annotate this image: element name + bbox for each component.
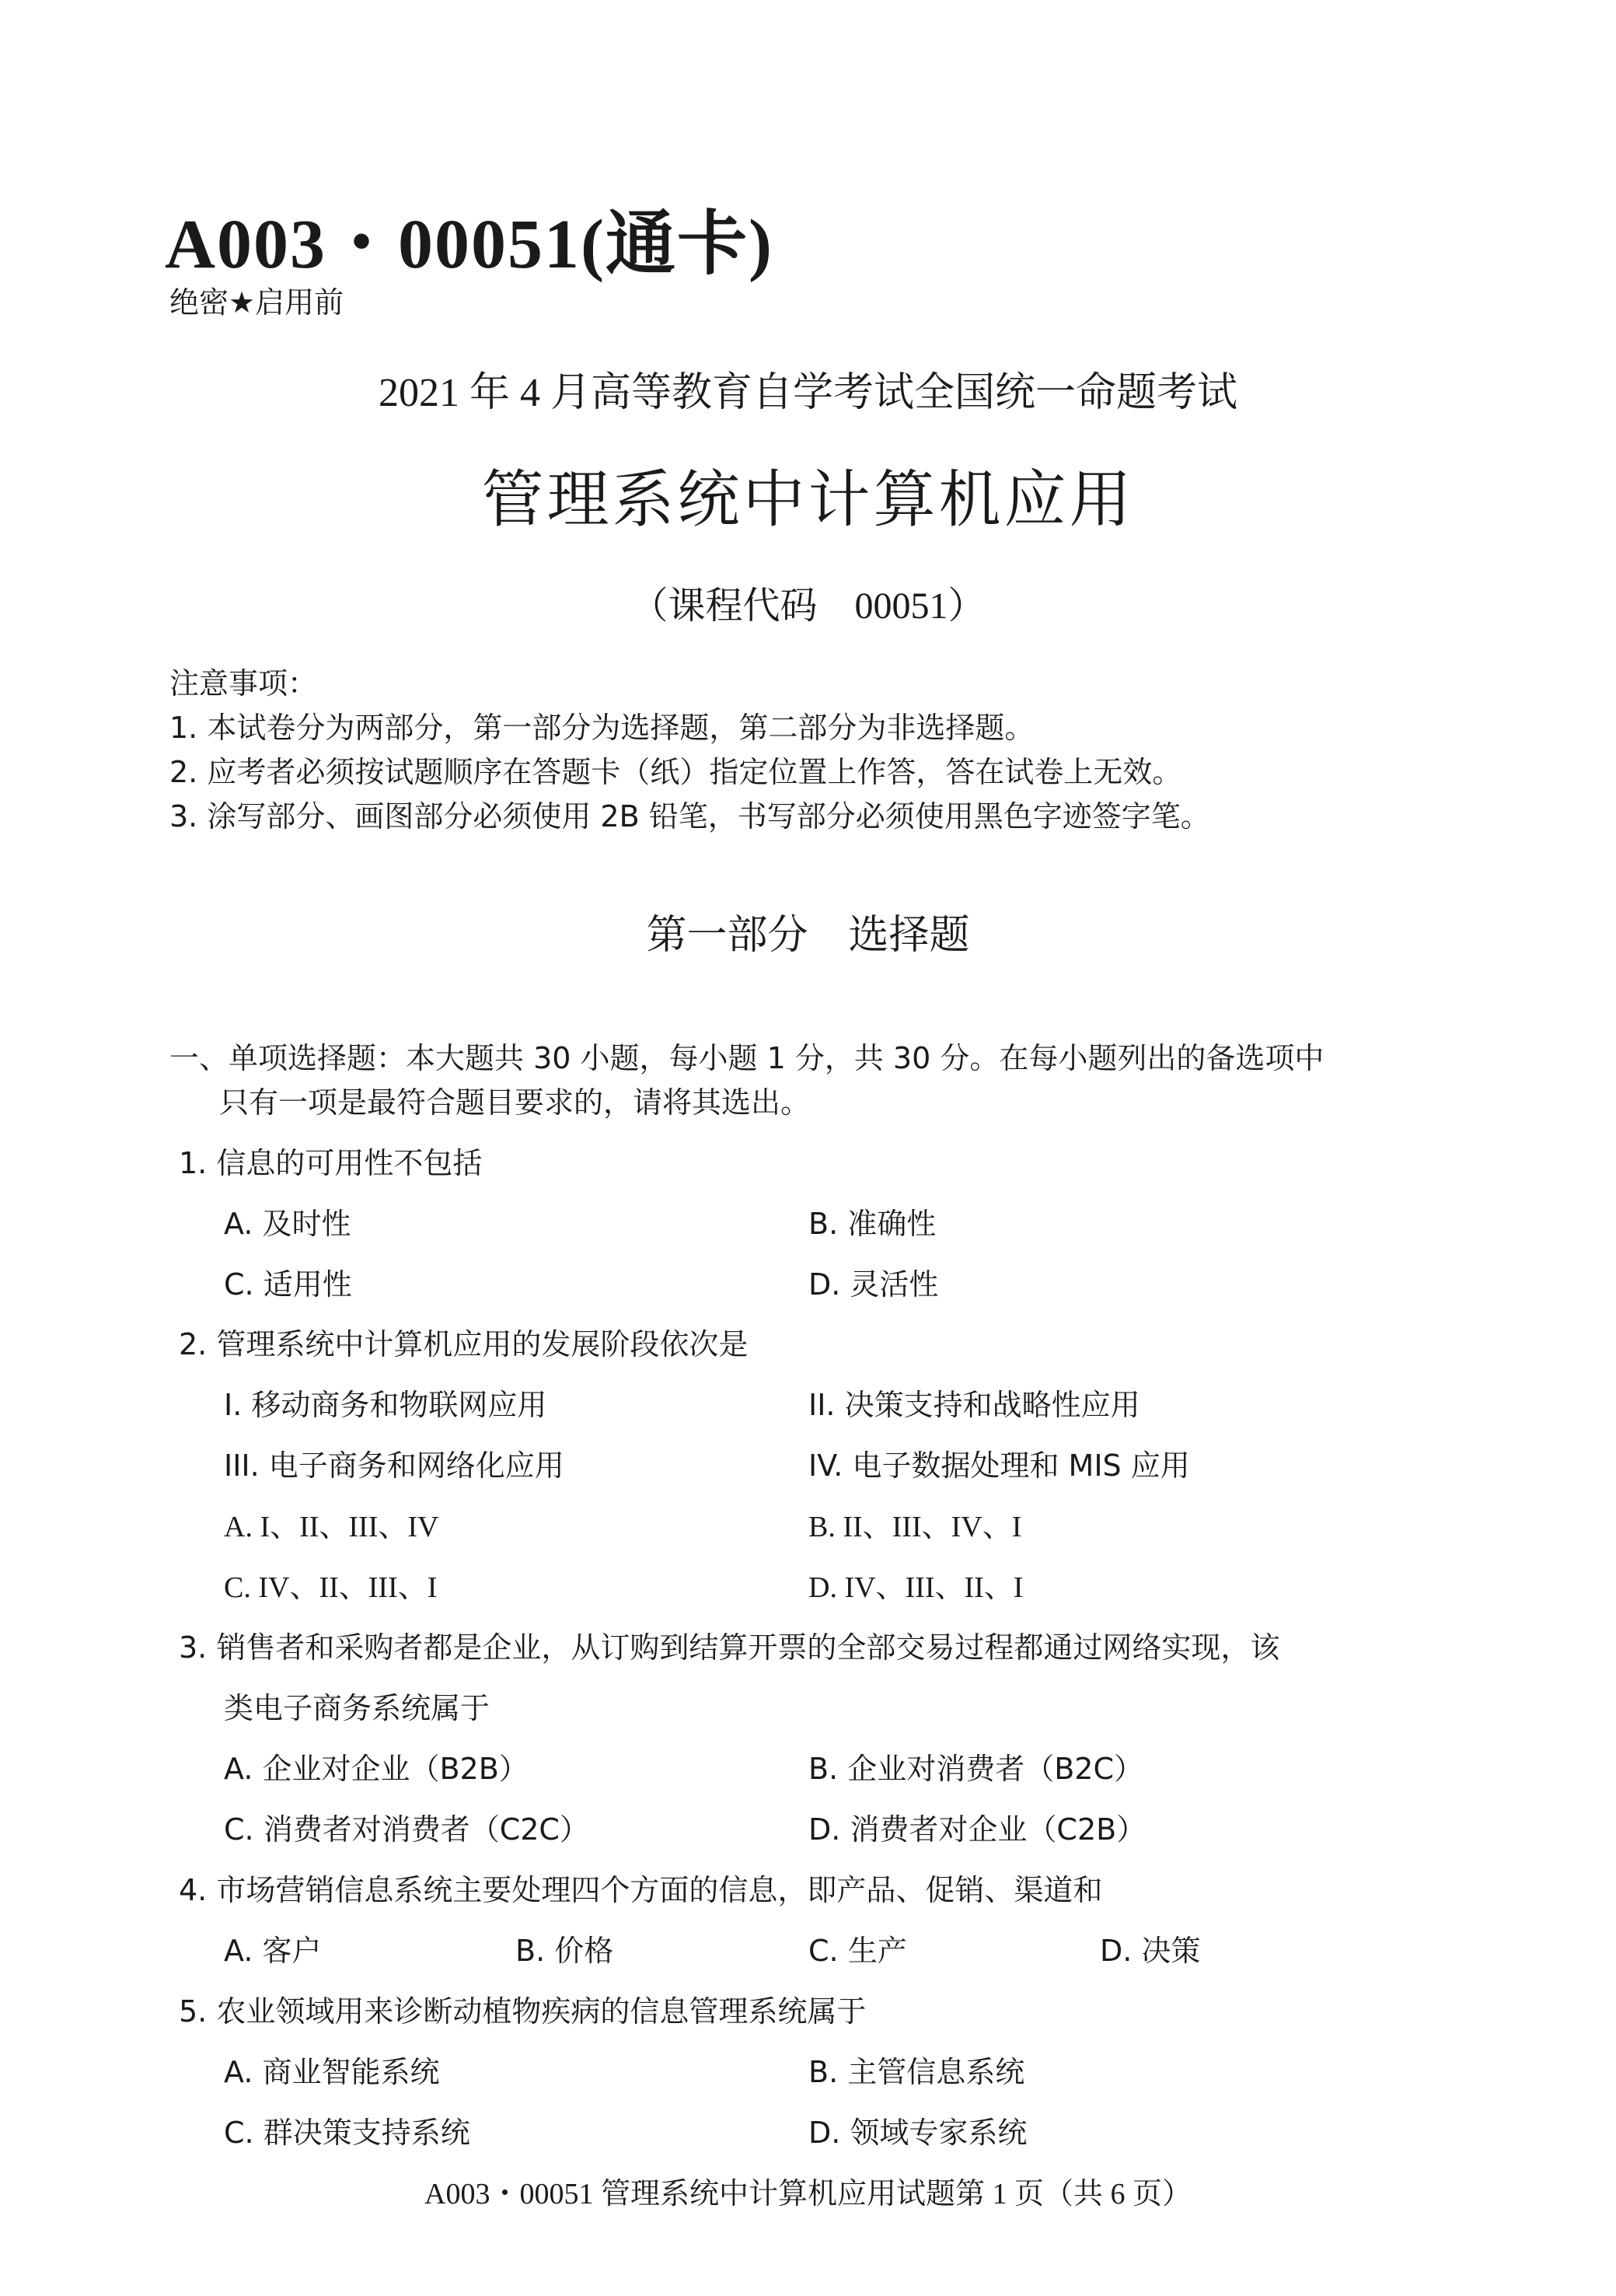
stage-item: II. 决策支持和战略性应用 — [808, 1381, 1140, 1424]
option-b: B. II、III、IV、I — [808, 1502, 1021, 1545]
option-c: C. 消费者对消费者（C2C） — [224, 1805, 589, 1848]
option-a: A. 企业对企业（B2B） — [224, 1745, 529, 1788]
question-stem: 4. 市场营销信息系统主要处理四个方面的信息，即产品、促销、渠道和 — [179, 1866, 1102, 1909]
note-item: 1. 本试卷分为两部分，第一部分为选择题，第二部分为非选择题。 — [169, 704, 1034, 746]
option-c: C. IV、II、III、I — [224, 1563, 437, 1606]
section-instruction: 一、单项选择题：本大题共 30 小题，每小题 1 分，共 30 分。在每小题列出… — [169, 1034, 1324, 1077]
confidential-label: 绝密★启用前 — [169, 278, 344, 321]
question-stem: 1. 信息的可用性不包括 — [179, 1139, 482, 1182]
course-code: （课程代码 00051） — [0, 575, 1616, 629]
option-b: B. 主管信息系统 — [808, 2048, 1024, 2091]
note-item: 3. 涂写部分、画图部分必须使用 2B 铅笔，书写部分必须使用黑色字迹签字笔。 — [169, 792, 1210, 835]
subject-title: 管理系统中计算机应用 — [0, 449, 1616, 539]
option-d: D. 消费者对企业（C2B） — [808, 1805, 1146, 1848]
stage-item: I. 移动商务和物联网应用 — [224, 1381, 546, 1424]
option-c: C. 生产 — [808, 1927, 907, 1969]
option-b: B. 价格 — [515, 1927, 613, 1969]
option-d: D. IV、III、II、I — [808, 1563, 1023, 1606]
note-item: 2. 应考者必须按试题顺序在答题卡（纸）指定位置上作答，答在试卷上无效。 — [169, 748, 1181, 791]
option-d: D. 决策 — [1100, 1927, 1200, 1969]
question-stem: 5. 农业领域用来诊断动植物疾病的信息管理系统属于 — [179, 1987, 866, 2030]
exam-code: A003・00051(通卡) — [165, 187, 773, 288]
option-b: B. 企业对消费者（B2C） — [808, 1745, 1143, 1788]
option-b: B. 准确性 — [808, 1200, 936, 1242]
option-a: A. 及时性 — [224, 1200, 351, 1242]
question-stem: 2. 管理系统中计算机应用的发展阶段依次是 — [179, 1320, 748, 1363]
page-footer: A003・00051 管理系统中计算机应用试题第 1 页（共 6 页） — [0, 2169, 1616, 2212]
option-a: A. 客户 — [224, 1927, 322, 1969]
part-title: 第一部分 选择题 — [0, 902, 1616, 960]
question-stem: 类电子商务系统属于 — [224, 1684, 490, 1727]
question-stem: 3. 销售者和采购者都是企业，从订购到结算开票的全部交易过程都通过网络实现，该 — [179, 1623, 1279, 1666]
option-c: C. 适用性 — [224, 1260, 352, 1303]
exam-title: 2021 年 4 月高等教育自学考试全国统一命题考试 — [0, 359, 1616, 418]
stage-item: III. 电子商务和网络化应用 — [224, 1442, 564, 1484]
option-c: C. 群决策支持系统 — [224, 2109, 470, 2151]
option-d: D. 领域专家系统 — [808, 2109, 1027, 2151]
section-instruction: 只有一项是最符合题目要求的，请将其选出。 — [219, 1078, 810, 1121]
notes-heading: 注意事项： — [169, 659, 317, 702]
option-d: D. 灵活性 — [808, 1260, 938, 1303]
option-a: A. I、II、III、IV — [224, 1502, 438, 1545]
option-a: A. 商业智能系统 — [224, 2048, 440, 2091]
stage-item: IV. 电子数据处理和 MIS 应用 — [808, 1442, 1190, 1484]
